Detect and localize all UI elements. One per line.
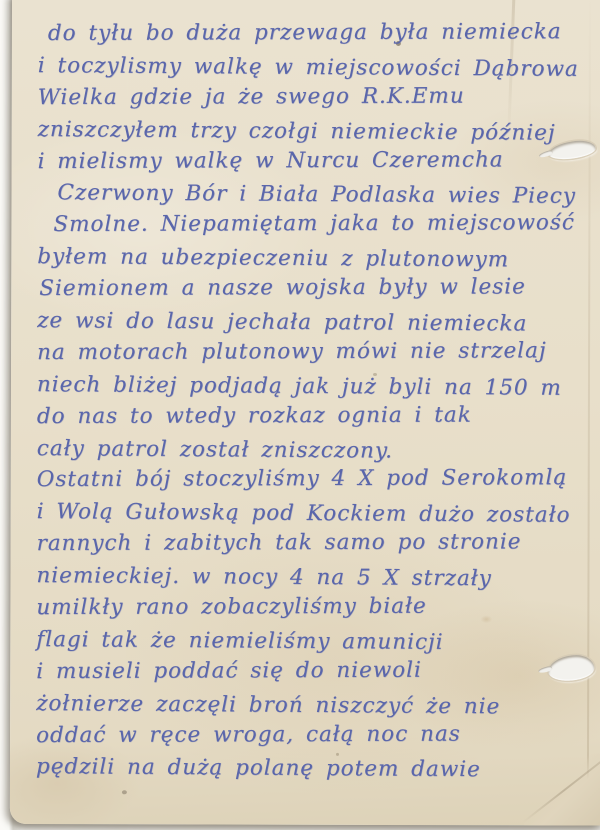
scanned-page: do tyłu bo duża przewaga była niemieckai… bbox=[0, 0, 600, 830]
handwritten-line: Ostatni bój stoczyliśmy 4 X pod Serokoml… bbox=[37, 463, 597, 497]
handwritten-line: umilkły rano zobaczyliśmy białe bbox=[36, 590, 596, 624]
handwritten-line: i musieli poddać się do niewoli bbox=[36, 654, 596, 688]
handwritten-line: pędzili na dużą polanę potem dawie bbox=[36, 752, 596, 788]
handwritten-line: do nas to wtedy rozkaz ognia i tak bbox=[37, 399, 597, 433]
handwritten-text: do tyłu bo duża przewaga była niemieckai… bbox=[36, 18, 598, 785]
handwritten-line: Siemionem a nasze wojska były w lesie bbox=[37, 271, 597, 305]
paper-sheet: do tyłu bo duża przewaga była niemieckai… bbox=[10, 0, 600, 826]
handwritten-line: rannych i zabitych tak samo po stronie bbox=[37, 526, 597, 560]
handwritten-line: oddać w ręce wroga, całą noc nas bbox=[36, 718, 596, 752]
handwritten-line: i mielismy walkę w Nurcu Czeremcha bbox=[38, 144, 598, 178]
handwritten-line: Smolne. Niepamiętam jaka to miejscowość bbox=[37, 207, 597, 241]
stain-spot bbox=[122, 790, 127, 794]
handwritten-line: na motorach plutonowy mówi nie strzelaj bbox=[37, 335, 597, 369]
handwritten-line: Wielka gdzie ja że swego R.K.Emu bbox=[38, 80, 598, 114]
handwritten-line: do tyłu bo duża przewaga była niemiecka bbox=[38, 16, 598, 50]
